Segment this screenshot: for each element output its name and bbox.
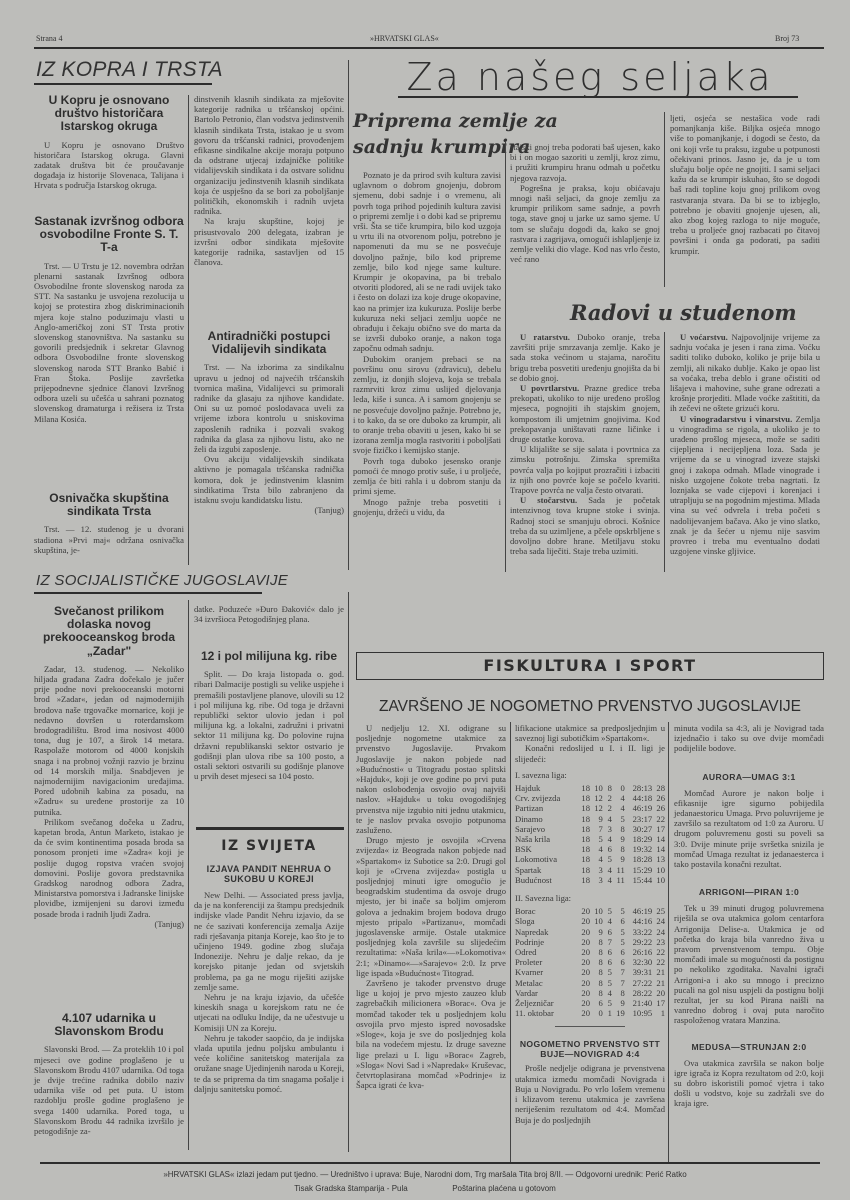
table-row: 11. oktobar20011910:951 xyxy=(515,1008,665,1018)
article-riba: 12 i pol milijuna kg. ribe Split. — Do k… xyxy=(194,650,344,781)
article-iz-svijeta: IZ SVIJETA IZJAVA PANDIT NEHRUA O SUKOBU… xyxy=(194,838,344,1094)
section-title-sport: FISKULTURA I SPORT xyxy=(356,656,824,675)
column-divider xyxy=(664,332,665,572)
table-row: Sarajevo1873830:2717 xyxy=(515,824,665,834)
page-number: Strana 4 xyxy=(36,34,62,43)
footer-printing: Tisak Gradska štamparija - Pula Poštarin… xyxy=(0,1184,850,1193)
divider xyxy=(196,827,344,830)
article-krumpir-col3: ljeti, osjeća se nestašica vode radi pom… xyxy=(670,113,820,256)
league2-table: II. Savezna liga: Borac20105546:1925Slog… xyxy=(515,893,665,1018)
article-drustvo-historicara: U Kopru je osnovano društvo historičara … xyxy=(34,94,184,191)
article-radovi-col2: U voćarstvu. Najpovoljnije vrijeme za sa… xyxy=(670,332,820,556)
table-row: Lokomotiva1845918:2813 xyxy=(515,854,665,864)
table-row: Odred2086626:1622 xyxy=(515,947,665,957)
table-row: Podrinje2087529:2223 xyxy=(515,937,665,947)
table-row: Kvarner2085739:3121 xyxy=(515,967,665,977)
section-underline xyxy=(398,96,798,98)
table-row: Sloga20104644:1624 xyxy=(515,916,665,926)
footer-imprint: »HRVATSKI GLAS« izlazi jedam put tjedno.… xyxy=(0,1170,850,1179)
column-divider xyxy=(668,722,669,1162)
footer-rule xyxy=(40,1162,820,1164)
source-credit: (Tanjug) xyxy=(34,919,184,929)
sport-headline: ZAVRŠENO JE NOGOMETNO PRVENSTVO JUGOSLAV… xyxy=(356,698,824,716)
article-title: 12 i pol milijuna kg. ribe xyxy=(194,650,344,663)
article-udarnici-slavonski-brod: 4.107 udarnika u Slavonskom Brodu Slavon… xyxy=(34,1012,184,1136)
column-divider xyxy=(510,722,511,1162)
section-title-za-seljaka: Za našeg seljaka xyxy=(355,55,825,99)
source-credit: (Tanjug) xyxy=(194,505,344,515)
table-row: Budućnost18341115:4410 xyxy=(515,875,665,885)
table-row: Crv. zvijezda18122444:1826 xyxy=(515,793,665,803)
article-osnivacka-skupstina: Osnivačka skupština sindikata Trsta Trst… xyxy=(34,492,184,555)
article-krumpir-col1: Poznato je da prirod svih kultura zavisi… xyxy=(353,170,501,517)
article-title: 4.107 udarnika u Slavonskom Brodu xyxy=(34,1012,184,1038)
stt-subtitle: BUJE—NOVIGRAD 4:4 xyxy=(515,1049,665,1059)
table-row: Spartak18341115:2910 xyxy=(515,865,665,875)
table-row: BSK1846819:3214 xyxy=(515,844,665,854)
match-title: ARRIGONI—PIRAN 1:0 xyxy=(674,887,824,897)
table-row: Dinamo1894523:1722 xyxy=(515,814,665,824)
table-row: Borac20105546:1925 xyxy=(515,906,665,916)
column-divider xyxy=(505,142,506,572)
sport-col2: lifikacione utakmice sa predposljednjim … xyxy=(515,723,665,1125)
article-brod-zadar: Svečanost prilikom dolaska novog prekooc… xyxy=(34,605,184,929)
section-underline xyxy=(34,83,212,85)
table-row: Metalac2085727:2221 xyxy=(515,978,665,988)
section-title-jugoslavija: IZ SOCIJALISTIČKE JUGOSLAVIJE xyxy=(36,572,288,589)
paper-name: »HRVATSKI GLAS« xyxy=(370,34,439,43)
ornament-divider xyxy=(555,1026,625,1027)
section-title-kopar-trst: IZ KOPRA I TRSTA xyxy=(36,58,223,82)
article-title-radovi: Radovi u studenom xyxy=(570,300,797,325)
article-continuation: dinstvenih klasnih sindikata za mješovit… xyxy=(194,94,344,267)
article-body: U Kopru je osnovano Društvo historičara … xyxy=(34,140,184,191)
article-krumpir-col2: stajski gnoj treba podorati baš ujesen, … xyxy=(510,142,660,264)
article-radovi-col1: U ratarstvu. Duboko oranje, treba završi… xyxy=(510,332,660,556)
article-title: Osnivačka skupština sindikata Trsta xyxy=(34,492,184,518)
article-title: U Kopru je osnovano društvo historičara … xyxy=(34,94,184,134)
table-row: Naša krila1854918:2914 xyxy=(515,834,665,844)
section-underline xyxy=(34,592,262,594)
article-title: Svečanost prilikom dolaska novog prekooc… xyxy=(34,605,184,658)
section-title-iz-svijeta: IZ SVIJETA xyxy=(194,838,344,854)
table-row: Partizan18122446:1926 xyxy=(515,803,665,813)
sport-article-col1: U nedjelju 12. XI. odigrane su posljednj… xyxy=(356,723,506,1090)
column-divider xyxy=(348,592,349,1152)
table-row: Hajduk18108028:1328 xyxy=(515,783,665,793)
article-continuation: datke. Poduzeće »Đuro Đaković« dalo je 3… xyxy=(194,604,344,624)
league1-table: I. savezna liga: Hajduk18108028:1328Crv.… xyxy=(515,770,665,885)
stt-title: NOGOMETNO PRVENSTVO STT xyxy=(515,1039,665,1049)
column-divider xyxy=(188,600,189,1150)
table-row: Proleter2086632:3022 xyxy=(515,957,665,967)
column-divider xyxy=(664,112,665,287)
article-sastanak-odbora: Sastanak izvršnog odbora osvobodilne Fro… xyxy=(34,215,184,424)
article-title: IZJAVA PANDIT NEHRUA O SUKOBU U KOREJI xyxy=(194,864,344,884)
match-title: AURORA—UMAG 3:1 xyxy=(674,772,824,782)
table-row: Željezničar2065921:4017 xyxy=(515,998,665,1008)
issue-number: Broj 73 xyxy=(775,34,799,43)
article-title: Sastanak izvršnog odbora osvobodilne Fro… xyxy=(34,215,184,255)
match-title: MEDUSA—STRUNJAN 2:0 xyxy=(674,1042,824,1052)
header-rule xyxy=(34,47,824,49)
table-row: Napredak2096533:2224 xyxy=(515,927,665,937)
article-antiradnicki-postupci: Antiradnički postupci Vidalijevih sindik… xyxy=(194,330,344,515)
article-title: Antiradnički postupci Vidalijevih sindik… xyxy=(194,330,344,356)
sport-col3: minuta vodila sa 4:3, ali je Novigrad ta… xyxy=(674,723,824,1109)
article-body: Trst. — U Trstu je 12. novembra održan p… xyxy=(34,261,184,424)
column-divider xyxy=(348,60,349,570)
newspaper-page: Strana 4 »HRVATSKI GLAS« Broj 73 IZ KOPR… xyxy=(0,0,850,1200)
table-row: Vardar2084828:2220 xyxy=(515,988,665,998)
column-divider xyxy=(188,95,189,565)
article-body: Trst. — 12. studenog je u dvorani stadio… xyxy=(34,524,184,555)
